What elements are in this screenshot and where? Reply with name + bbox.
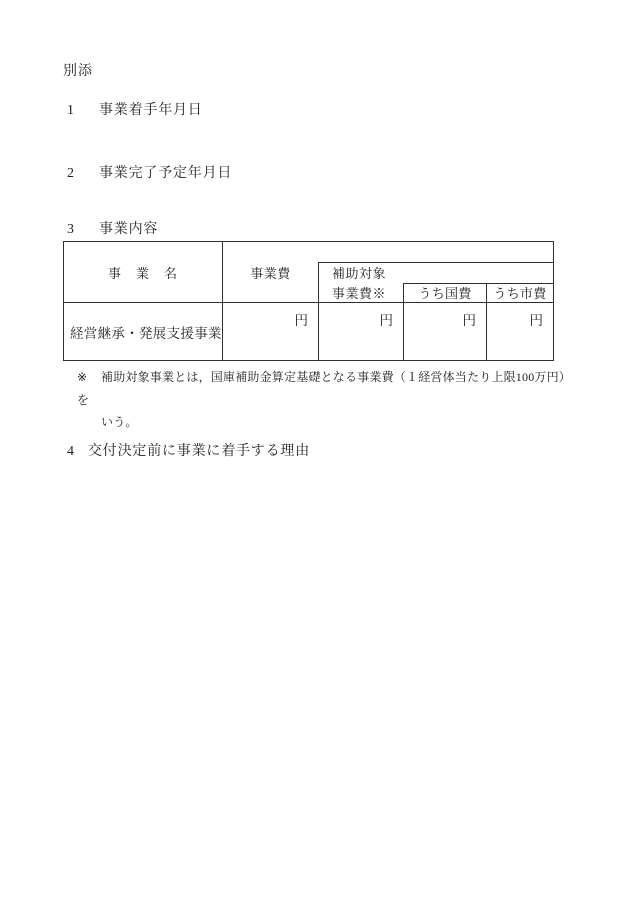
section-3-title: 事業内容 [99, 222, 158, 237]
footnote-line1: ※補助対象事業とは，国庫補助金算定基礎となる事業費（１経営体当たり上限100万円… [77, 366, 567, 411]
footnote: ※補助対象事業とは，国庫補助金算定基礎となる事業費（１経営体当たり上限100万円… [77, 366, 567, 434]
header-national-share: うち国費 [404, 283, 486, 302]
header-subsidy-target-line1: 補助対象 [332, 264, 403, 284]
row-national-share-unit: 円 [404, 303, 486, 360]
row-city-share-unit: 円 [487, 303, 553, 360]
section-3-number: 3 [67, 221, 99, 238]
section-1-heading: 1事業着手年月日 [67, 102, 203, 119]
attachment-label: 別添 [63, 63, 93, 80]
section-2-number: 2 [67, 165, 99, 182]
header-project-cost: 事業費 [223, 242, 318, 302]
document-page: 別添 1事業着手年月日 2事業完了予定年月日 3事業内容 事 業 名 事業費 補… [0, 0, 630, 903]
header-subsidy-target: 補助対象 事業費※ [319, 264, 403, 302]
section-2-title: 事業完了予定年月日 [99, 166, 232, 181]
section-4-title: 交付決定前に事業に着手する理由 [88, 444, 310, 459]
section-1-number: 1 [67, 102, 99, 119]
row-project-cost-unit: 円 [223, 303, 318, 360]
table-rule-subsidy-top [318, 262, 553, 263]
header-project-name: 事 業 名 [64, 242, 222, 302]
section-3-heading: 3事業内容 [67, 221, 158, 238]
project-detail-table: 事 業 名 事業費 補助対象 事業費※ うち国費 うち市費 経営継承・発展支援事… [63, 241, 554, 361]
footnote-text-line1: 補助対象事業とは，国庫補助金算定基礎となる事業費（１経営体当たり上限100万円）… [77, 370, 565, 407]
section-4-heading: 4交付決定前に事業に着手する理由 [67, 443, 310, 460]
section-4-number: 4 [67, 443, 88, 460]
section-1-title: 事業着手年月日 [99, 103, 203, 118]
row-project-name: 経営継承・発展支援事業 [64, 303, 222, 360]
footnote-text-line2: いう。 [101, 411, 567, 434]
footnote-marker: ※ [77, 366, 101, 389]
header-subsidy-target-line2: 事業費※ [332, 284, 403, 304]
header-city-share: うち市費 [487, 283, 553, 302]
row-subsidy-cost-unit: 円 [319, 303, 403, 360]
section-2-heading: 2事業完了予定年月日 [67, 165, 232, 182]
